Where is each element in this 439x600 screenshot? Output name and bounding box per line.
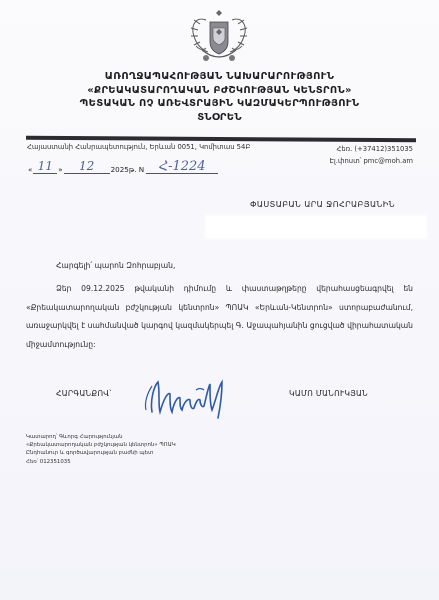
letter-page: ԱՌՈՂՋԱՊԱՀՈՒԹՅԱՆ ՆԱԽԱՐԱՐՈՒԹՅՈՒՆ «ՔՐԵԱԿԱՏԱ… [0, 0, 439, 600]
phone: Հեռ. (+37412)351035 [330, 143, 414, 155]
email: Էլ.փոստ՝ pmc@moh.am [330, 155, 414, 167]
recipient: ՓԱՍՏԱԲԱՆ ԱՐԱ ՋՈՀՐԱԲՅԱՆԻՆ [250, 200, 395, 209]
executor-phone: Հեռ՝ 012351035 [26, 458, 176, 466]
handwritten-number: Հ-1224 [146, 160, 218, 174]
executor-info: Կատարող՝ Գևորգ Հարությունյան «Քրեակատարո… [26, 433, 176, 466]
address: Հայաստանի Հանրապետություն, Երևան 0051, Կ… [27, 143, 250, 151]
handwritten-day: 11 [33, 160, 57, 174]
body-paragraph: Ձեր 09.12.2025 թվականի դիմումը և փաստաթղ… [26, 280, 413, 354]
contact-block: Հեռ. (+37412)351035 Էլ.փոստ՝ pmc@moh.am [330, 143, 414, 167]
signature-block: ՀԱՐԳԱՆՔՈՎ՝ ԿԱՄՈ ՄԱՆՈՒԿՅԱՆ [0, 380, 439, 420]
executor-name: Կատարող՝ Գևորգ Հարությունյան [26, 433, 176, 441]
redacted-area [205, 215, 427, 239]
quote-close: » [58, 166, 62, 174]
year-label: 2025թ. N [111, 165, 145, 174]
quote-open: « [28, 166, 32, 174]
regards-label: ՀԱՐԳԱՆՔՈՎ՝ [56, 389, 111, 398]
header-line-director: ՏՆՕՐԵՆ [0, 111, 439, 125]
handwritten-month: 12 [64, 160, 110, 174]
executor-org: «Քրեակատարողական բժշկության կենտրոն» ՊՈԱ… [26, 441, 176, 449]
greeting: Հարգելի՛ պարոն Զոհրաբյան, [56, 261, 175, 270]
header-line-ministry: ԱՌՈՂՋԱՊԱՀՈՒԹՅԱՆ ՆԱԽԱՐԱՐՈՒԹՅՈՒՆ [0, 70, 439, 84]
executor-position: Ընդհանուր և գործավարության բաժնի պետ [26, 449, 176, 457]
letter-body: Ձեր 09.12.2025 թվականի դիմումը և փաստաթղ… [26, 280, 413, 354]
header-line-org-type: ՊԵՏԱԿԱՆ ՈՉ ԱՌԵՎՏՐԱՅԻՆ ԿԱԶՄԱԿԵՐՊՈՒԹՅՈՒՆ [0, 97, 439, 111]
date-and-number: « 11 » 12 2025թ. N Հ-1224 [27, 158, 218, 174]
coat-of-arms-icon [186, 6, 252, 70]
handwritten-signature-icon [138, 374, 248, 420]
header-divider [26, 136, 416, 142]
header-line-center: «ՔՐԵԱԿԱՏԱՐՈՂԱԿԱՆ ԲԺՇԿՈՒԹՅԱՆ ԿԵՆՏՐՈՆ» [0, 84, 439, 98]
institution-header: ԱՌՈՂՋԱՊԱՀՈՒԹՅԱՆ ՆԱԽԱՐԱՐՈՒԹՅՈՒՆ «ՔՐԵԱԿԱՏԱ… [0, 70, 439, 124]
signer-name: ԿԱՄՈ ՄԱՆՈՒԿՅԱՆ [289, 389, 368, 398]
